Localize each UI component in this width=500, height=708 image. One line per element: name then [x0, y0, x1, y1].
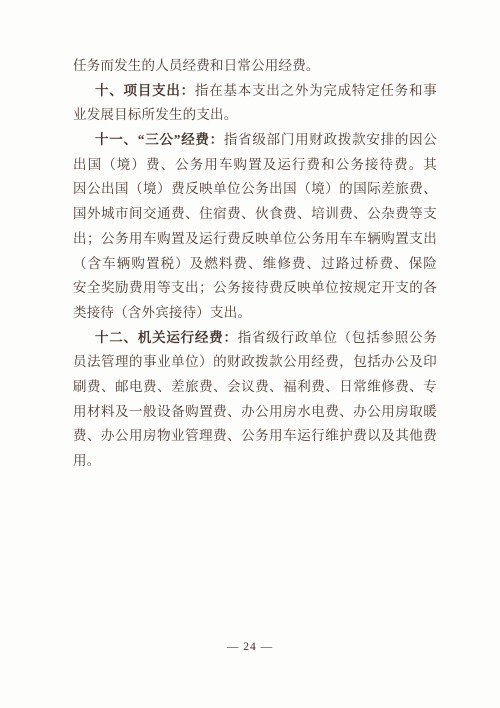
- text-line: 用。: [73, 449, 437, 474]
- text-line: 安全奖励费用等支出；公务接待费反映单位按规定开支的各: [73, 276, 437, 301]
- text-line: 业发展目标所发生的支出。: [73, 103, 437, 128]
- text-line: （含车辆购置税）及燃料费、维修费、过路过桥费、保险费、: [73, 252, 437, 277]
- section-heading: 十、项目支出：: [95, 83, 195, 98]
- section-heading: 十一、“三公”经费：: [95, 132, 224, 147]
- text-line: 国外城市间交通费、住宿费、伙食费、培训费、公杂费等支: [73, 202, 437, 227]
- text-line: 出国（境）费、公务用车购置及运行费和公务接待费。其中，: [73, 153, 437, 178]
- section-heading: 十二、机关运行经费：: [95, 330, 238, 345]
- text-line: 用材料及一般设备购置费、办公用房水电费、办公用房取暖: [73, 400, 437, 425]
- text-line: 十、项目支出：指在基本支出之外为完成特定任务和事: [73, 79, 437, 104]
- text-line: 任务而发生的人员经费和日常公用经费。: [73, 54, 437, 79]
- text-line: 出；公务用车购置及运行费反映单位公务用车车辆购置支出: [73, 227, 437, 252]
- text-line: 因公出国（境）费反映单位公务出国（境）的国际差旅费、: [73, 177, 437, 202]
- text-line: 类接待（含外宾接待）支出。: [73, 301, 437, 326]
- text-line: 费、办公用房物业管理费、公务用车运行维护费以及其他费: [73, 424, 437, 449]
- text-line: 十二、机关运行经费：指省级行政单位（包括参照公务: [73, 326, 437, 351]
- page-number: — 24 —: [0, 641, 500, 653]
- text-line: 十一、“三公”经费：指省级部门用财政拨款安排的因公: [73, 128, 437, 153]
- body-text: 任务而发生的人员经费和日常公用经费。十、项目支出：指在基本支出之外为完成特定任务…: [73, 54, 437, 474]
- document-page: 任务而发生的人员经费和日常公用经费。十、项目支出：指在基本支出之外为完成特定任务…: [0, 0, 500, 708]
- text-line: 刷费、邮电费、差旅费、会议费、福利费、日常维修费、专: [73, 375, 437, 400]
- text-line: 员法管理的事业单位）的财政拨款公用经费，包括办公及印: [73, 350, 437, 375]
